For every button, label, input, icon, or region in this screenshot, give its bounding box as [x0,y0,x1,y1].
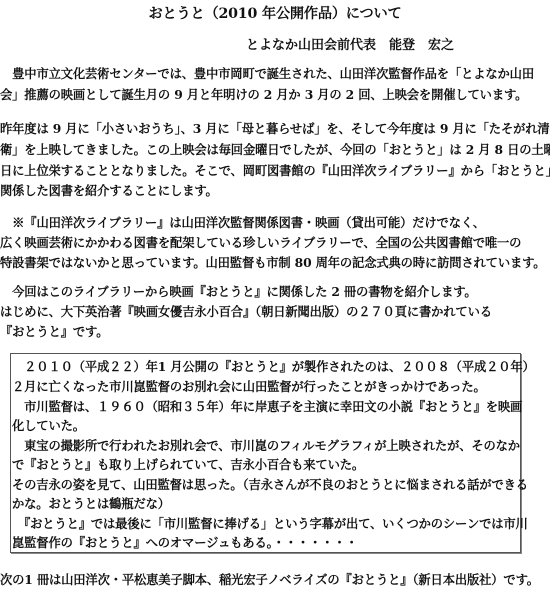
text-line: ２月に亡くなった市川崑監督のお別れ会に山田監督が行ったことがきっかけであった。 [12,378,486,396]
text-line: はじめに、大下英治著『映画女優吉永小百合』（朝日新聞出版）の２７０頁に書かれてい… [0,303,492,321]
text-line: 衛」を上映してきました。この上映会は毎回金曜日でしたが、今回の「おとうと」は 2… [0,141,550,159]
text-line: 豊中市立文化芸術センターでは、豊中市岡町で誕生された、山田洋次監督作品を「とよな… [0,65,534,83]
text-line: 『おとうと』です。 [0,323,108,341]
page-title: おとうと（2010 年公開作品）について [0,4,550,24]
author-byline: とよなか山田会前代表 能登 宏之 [246,37,454,55]
text-line: 広く映画芸術にかかわる図書を配架している珍しいライブラリーで、全国の公共図書館で… [0,234,521,252]
text-line: 昨年度は 9 月に「小さいおうち」、3 月に「母と暮らせば」を、そして今年度は … [0,120,550,138]
text-line: 日に上位栄することとなりました。そこで、岡町図書館の『山田洋次ライブラリー』から… [0,162,550,180]
text-line: 東宝の撮影所で行われたお別れ会で、市川崑のフィルモグラフィが上映されたが、そのな… [12,437,520,455]
text-line: 会」推薦の映画として誕生月の 9 月と年明けの 2 月か 3 月の 2 回、上映… [0,86,527,104]
text-line: ※『山田洋次ライブラリー』は山田洋次監督関係図書・映画（貸出可能）だけでなく、 [0,214,485,232]
text-line: 次の1 冊は山田洋次・平松恵美子脚本、稲光宏子ノベライズの『おとうと』（新日本出… [0,571,539,589]
text-line: 関係した図書を紹介することにします。 [0,182,218,200]
text-line: かな。おとうとは鶴瓶だな） [12,495,170,513]
text-line: 崑監督作の『おとうと』へのオマージュもある。・・・・・・・ [12,534,358,552]
text-line: 化していた。 [12,417,85,435]
text-line: ２０１０（平成２２）年1 月公開の『おとうと』が製作されたのは、２００８（平成２… [12,358,535,376]
text-line: で『おとうと』も取り上げられていて、吉永小百合も来ていた。 [12,456,364,474]
text-line: その吉永の姿を見て、山田監督は思った。（吉永さんが不良のおとうとに悩まされる話が… [12,476,528,494]
text-line: 特設書架ではないかと思っています。山田監督も市制 80 周年の記念式典の時に訪問… [0,254,545,272]
text-line: 『おとうと』では最後に「市川監督に捧げる」という字幕が出て、いくつかのシーンでは… [12,515,528,533]
text-line: 今回はこのライブラリーから映画『おとうと』に関係した 2 冊の書物を紹介します。 [0,283,477,301]
text-line: 市川監督は、１９６０（昭和３５年）年に岸恵子を主演に幸田文の小説『おとうと』を映… [12,398,522,416]
quote-box: ２０１０（平成２２）年1 月公開の『おとうと』が製作されたのは、２００８（平成２… [10,353,521,553]
